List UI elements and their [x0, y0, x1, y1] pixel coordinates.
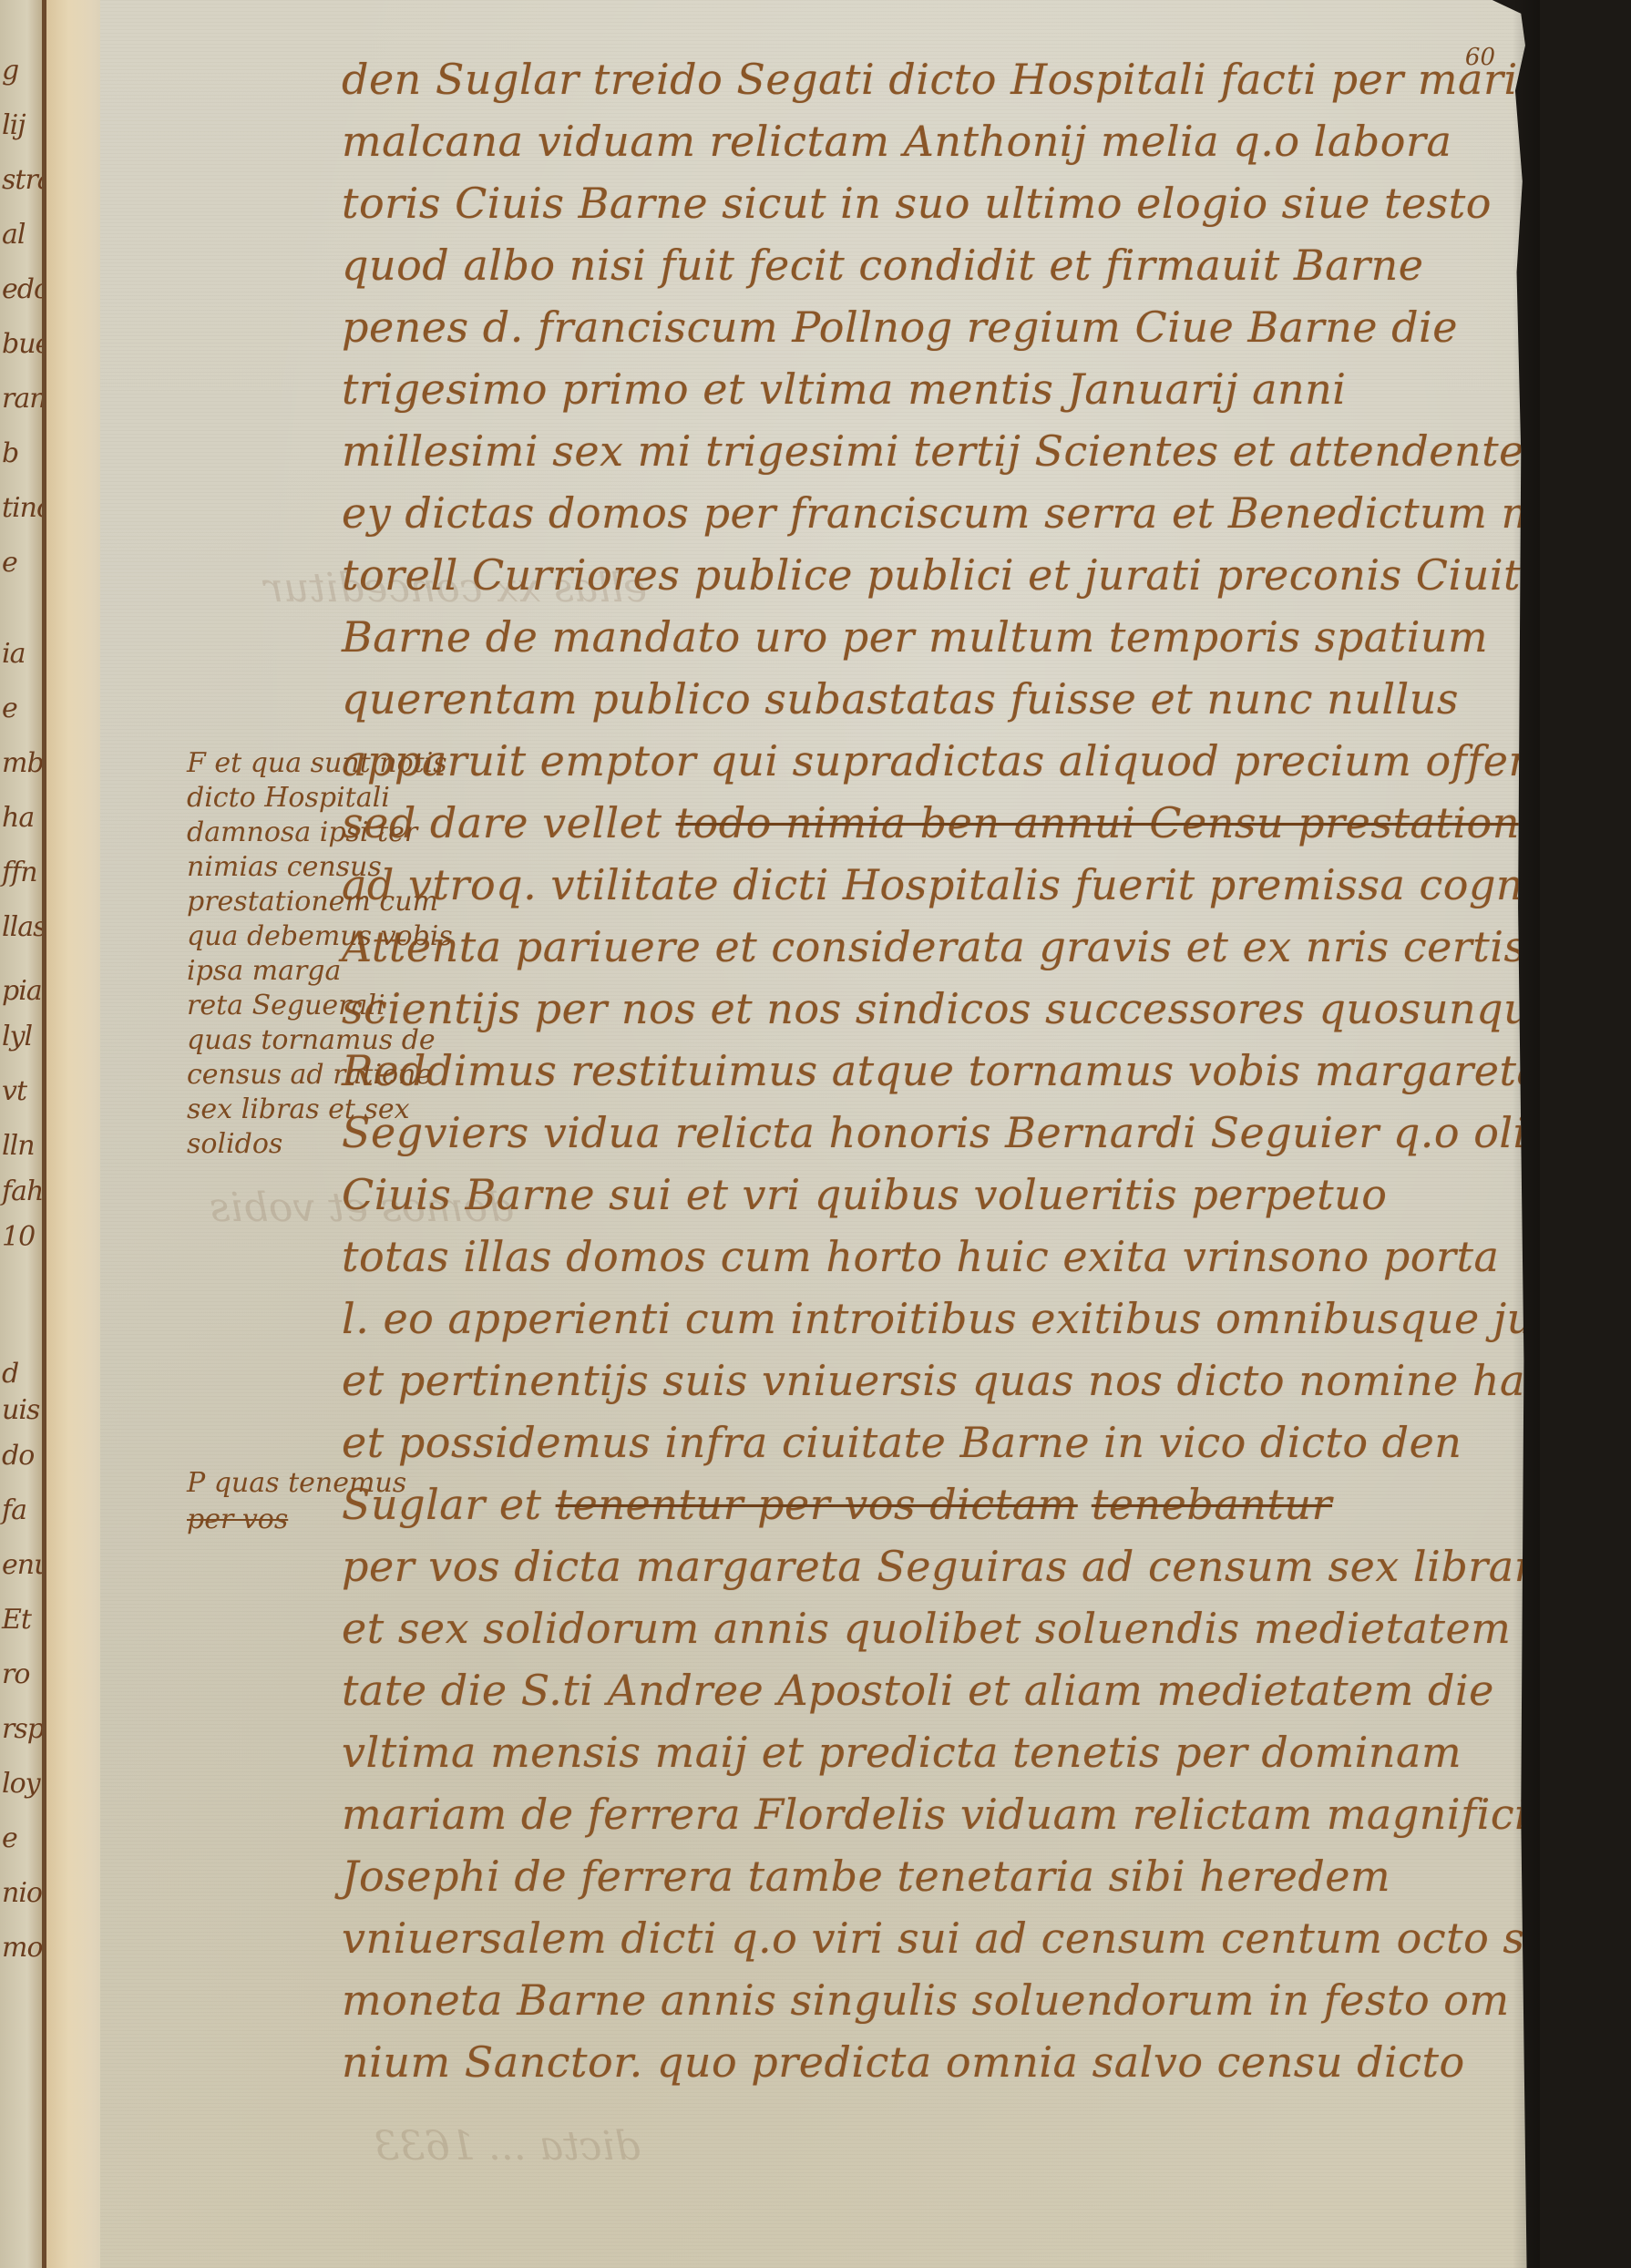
text-line: torell Curriores publice publici et jura…: [342, 550, 1599, 600]
left-page-fragment: llas:: [2, 911, 46, 943]
left-page-fragment: ia: [2, 638, 25, 670]
left-page-fragment: fa: [2, 1494, 26, 1526]
struck-text: per vos: [187, 1503, 288, 1535]
text-line: mariam de ferrera Flordelis viduam relic…: [342, 1790, 1528, 1839]
struck-text: todo nimia ben annui Censu prestationem: [676, 798, 1585, 847]
margin-note-line: F et qua sunt notis: [187, 747, 447, 779]
margin-note-line: ipsa marga: [187, 955, 341, 987]
text-line: nium Sanctor. quo predicta omnia salvo c…: [342, 2037, 1465, 2087]
text-line: tate die S.ti Andree Apostoli et aliam m…: [342, 1666, 1494, 1715]
left-page-fragment: g: [2, 55, 18, 87]
margin-note-line: sex libras et sex: [187, 1093, 410, 1125]
text-line: penes d. franciscum Pollnog regium Ciue …: [342, 303, 1458, 352]
text-line: toris Ciuis Barne sicut in suo ultimo el…: [342, 179, 1492, 228]
left-page-fragment: fahi: [2, 1175, 46, 1207]
left-page-fragment: mbe: [2, 747, 46, 779]
text-line: millesimi sex mi trigesimi tertij Scient…: [342, 426, 1546, 476]
margin-note-line: nimias census: [187, 851, 382, 883]
struck-text: tenentur per vos dictam: [556, 1480, 1078, 1529]
left-page-fragment: ha: [2, 802, 34, 834]
left-page-fragment: lln: [2, 1130, 35, 1162]
left-page-fragment: rana: [2, 383, 46, 415]
margin-note-line: quas tornamus de: [187, 1024, 436, 1056]
text-line: et possidemus infra ciuitate Barne in vi…: [342, 1418, 1462, 1467]
text-line: malcana viduam relictam Anthonij melia q…: [342, 117, 1451, 166]
text-line: et pertinentijs suis vniuersis quas nos …: [342, 1356, 1631, 1405]
left-page-fragment: e: [2, 547, 17, 579]
left-page-fragment: tinos: [2, 492, 46, 524]
left-page-fragment: enu: [2, 1549, 46, 1581]
text-line: scientijs per nos et nos sindicos succes…: [342, 984, 1556, 1033]
text-line: totas illas domos cum horto huic exita v…: [342, 1232, 1499, 1281]
margin-note-line: P quas tenemus: [187, 1467, 406, 1499]
text-line: Josephi de ferrera tambe tenetaria sibi …: [342, 1852, 1390, 1901]
left-page-fragment: uis: [2, 1394, 39, 1426]
text-line: sed dare vellet todo nimia ben annui Cen…: [342, 798, 1585, 847]
left-page-fragment: mos: [2, 1932, 46, 1964]
margin-note-line: per vos: [187, 1503, 288, 1535]
left-page-fragment: stra:: [2, 164, 46, 196]
text-line: ad vtroq. vtilitate dicti Hospitalis fue…: [342, 860, 1631, 909]
left-page-fragment: pia: [2, 975, 42, 1007]
text-line: per vos dicta margareta Seguiras ad cens…: [342, 1542, 1602, 1591]
text-line: quod albo nisi fuit fecit condidit et fi…: [342, 241, 1423, 290]
page-edge-shadow: [1513, 0, 1540, 2268]
left-page-fragment: al: [2, 219, 25, 251]
left-page-fragment: edoupy: [2, 273, 46, 305]
margin-note-line: qua debemus vobis: [187, 920, 453, 952]
bleed-through: dicta ... 1633: [374, 2123, 641, 2170]
left-page-fragment: e: [2, 1822, 17, 1854]
left-page-fragment: do: [2, 1440, 34, 1472]
text-line: vniuersalem dicti q.o viri sui ad censum…: [342, 1914, 1631, 1963]
margin-note-line: damnosa ipsi ter: [187, 816, 417, 848]
text-line: querentam publico subastatas fuisse et n…: [342, 674, 1459, 724]
struck-text: tenebantur: [1092, 1480, 1332, 1529]
text-line: Segviers vidua relicta honoris Bernardi …: [342, 1108, 1567, 1157]
text-line: Barne de mandato uro per multum temporis…: [342, 612, 1488, 662]
text-line: Attenta pariuere et considerata gravis e…: [342, 922, 1526, 971]
left-page-fragment: rsp: [2, 1713, 44, 1745]
left-page-fragment: 10: [2, 1221, 35, 1253]
left-page-fragment: ro: [2, 1658, 29, 1690]
left-page-fragment: ffn: [2, 857, 37, 888]
margin-note-line: dicto Hospitali: [187, 782, 390, 814]
text-line: et sex solidorum annis quolibet soluendi…: [342, 1604, 1631, 1653]
text-line: Reddimus restituimus atque tornamus vobi…: [342, 1046, 1542, 1095]
manuscript-folio: ellas xx conceditur domos et vobis dicta…: [100, 0, 1535, 2268]
text-line: Suglar et tenentur per vos dictam teneba…: [342, 1480, 1332, 1529]
margin-note-line: prestationem cum: [187, 886, 438, 918]
margin-note-line: census ad ratione: [187, 1059, 432, 1091]
text-line: moneta Barne annis singulis soluendorum …: [342, 1976, 1510, 2025]
left-page-fragment: d: [2, 1358, 18, 1390]
left-page-fragment: b: [2, 437, 18, 469]
left-page-fragment: Et: [2, 1604, 31, 1636]
adjacent-left-page: g lij stra: al edoupy bue rana b tinos e…: [0, 0, 46, 2268]
left-page-fragment: nio: [2, 1877, 42, 1909]
text-line: trigesimo primo et vltima mentis Januari…: [342, 364, 1347, 414]
text-line: vltima mensis maij et predicta tenetis p…: [342, 1728, 1462, 1777]
margin-note-line: reta Seguerali: [187, 990, 385, 1021]
text-line: l. eo apperienti cum introitibus exitibu…: [342, 1294, 1631, 1343]
left-page-fragment: vt: [2, 1075, 26, 1107]
text-line: den Suglar treido Segati dicto Hospitali…: [342, 55, 1584, 104]
left-page-fragment: e: [2, 693, 17, 724]
left-page-fragment: bue: [2, 328, 46, 360]
left-page-fragment: lij: [2, 109, 26, 141]
text-line: Ciuis Barne sui et vri quibus volueritis…: [342, 1170, 1387, 1219]
text-line: ey dictas domos per franciscum serra et …: [342, 488, 1587, 538]
left-page-fragment: lyl: [2, 1021, 32, 1052]
margin-note-line: solidos: [187, 1128, 282, 1160]
left-page-fragment: loy: [2, 1768, 40, 1800]
text-line: apparuit emptor qui supradictas aliquod …: [342, 736, 1592, 785]
